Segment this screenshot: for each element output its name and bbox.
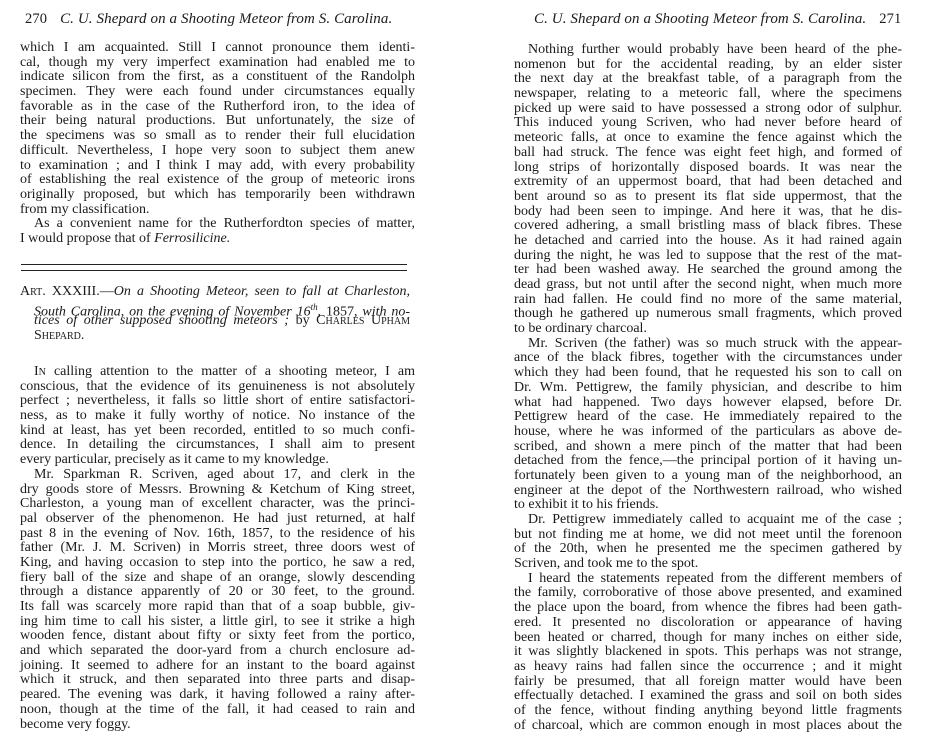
text-line: to exhibit it to his friends. [514, 498, 902, 513]
text-line: wooden fence, distant about fifty or six… [20, 629, 415, 644]
text-line: the specimens was so small as to render … [20, 129, 415, 144]
right-column: Nothing further would probably have been… [514, 43, 902, 733]
text-line: during the night, he was led to suppose … [514, 249, 902, 264]
text-line: indicate silicon from the first, as a co… [20, 70, 415, 85]
text-line: of the fence, without finding anything b… [514, 704, 902, 719]
text-line: ter had been washed away. He searched th… [514, 263, 902, 278]
text-line: to examination ; and I think I may add, … [20, 159, 415, 174]
text-line: which it struck, and then separated into… [20, 673, 415, 688]
page-number-right: 271 [879, 11, 901, 27]
text-line: originally proposed, but which has tempo… [20, 188, 415, 203]
text-line: it was slightly blackened in spots. This… [514, 645, 902, 660]
text-line: Charleston, a young man of excellent cha… [20, 497, 415, 512]
text-line: but not finding me at home, we did not m… [514, 528, 902, 543]
text-line: which I am acquainted. Still I cannot pr… [20, 41, 415, 56]
article-heading: Art. XXXIII.—On a Shooting Meteor, seen … [20, 285, 410, 344]
text-line: body had been seen to impinge. And here … [514, 205, 902, 220]
text-line: Dr. Wm. Pettigrew, the family physician,… [514, 381, 902, 396]
text-line: peared. The evening was dark, it having … [20, 688, 415, 703]
intro-paragraph: In calling attention to the matter of a … [20, 365, 415, 732]
ferro-paragraph-line: I would propose that of Ferrosilicine. [20, 232, 415, 247]
text-line: picked up were said to have possessed a … [514, 102, 902, 117]
text-line: dence. In detailing the circumstances, I… [20, 438, 415, 453]
double-rule-divider [21, 264, 407, 271]
text-line: I heard the statements repeated from the… [514, 572, 902, 587]
text-line: extremity of an uppermost board, that ha… [514, 175, 902, 190]
text-line: ness, as to make it fully worthy of noti… [20, 409, 415, 424]
text-line: which they had been found, that he reque… [514, 366, 902, 381]
text-line: nomenon but for the accidental reading, … [514, 58, 902, 73]
text-run: calling attention to the matter of a sho… [46, 364, 415, 379]
text-line: he detached and carried into the house. … [514, 234, 902, 249]
text-line: every particular, precisely as it came t… [20, 453, 415, 468]
text-run: th [311, 302, 318, 312]
text-line: what had happened. Two days however elap… [514, 396, 902, 411]
text-line: the next day at the breakfast table, of … [514, 72, 902, 87]
text-line: pal observer of the phenomenon. He had j… [20, 512, 415, 527]
text-line: from my classification. [20, 203, 415, 218]
text-line: conscious, that the evidence of its genu… [20, 380, 415, 395]
text-line: long strips of horizontally disposed boa… [514, 161, 902, 176]
text-line: newspaper, relating to a meteoric fall, … [514, 87, 902, 102]
text-line: ance of the black fibres, together with … [514, 351, 902, 366]
text-line: Mr. Scriven (the father) was so much str… [514, 337, 902, 352]
author-name: Shepard. [34, 328, 84, 343]
article-heading-line: Shepard. [20, 329, 410, 344]
text-line: favorable as in the case of the Rutherfo… [20, 100, 415, 115]
text-line: difficult. Nevertheless, I hope very soo… [20, 144, 415, 159]
text-line: joining. It seemed to adhere for an inst… [20, 659, 415, 674]
text-line: ball had struck. The fence was eight fee… [514, 146, 902, 161]
text-line: dry goods store of Messrs. Browning & Ke… [20, 483, 415, 498]
text-line: through a distance apparently of 20 or 3… [20, 585, 415, 600]
article-heading-line: Art. XXXIII.—On a Shooting Meteor, seen … [20, 285, 410, 300]
text-line: perfect ; nevertheless, it falls so litt… [20, 394, 415, 409]
dash: — [100, 284, 114, 299]
text-line: house, where he was informed of the part… [514, 425, 902, 440]
text-line: fiery ball of the size and shape of an o… [20, 571, 415, 586]
text-line: ered. It presented no discoloration or a… [514, 616, 902, 631]
ferro-paragraph-line: As a convenient name for the Rutherfordt… [20, 217, 415, 232]
drop-lead: In [34, 364, 46, 379]
continued-paragraph: which I am acquainted. Still I cannot pr… [20, 41, 415, 247]
text-line: detached from the fence,—the principal p… [514, 454, 902, 469]
right-running-head: C. U. Shepard on a Shooting Meteor from … [534, 11, 901, 28]
text-line: kind at least, has yet been recorded, en… [20, 424, 415, 439]
text-line: scribed, and shown a mere pinch of the m… [514, 440, 902, 455]
text-line: fortunately been given to a young man of… [514, 469, 902, 484]
text-run: I would propose that of [20, 231, 154, 246]
text-line: of establishing the real existence of th… [20, 173, 415, 188]
page-number-left: 270 [25, 11, 47, 27]
text-line: past 8 in the evening of Nov. 16th, 1857… [20, 527, 415, 542]
text-line: Mr. Sparkman R. Scriven, aged about 17, … [20, 468, 415, 483]
text-line: Its fall was scarcely more rapid than th… [20, 600, 415, 615]
author-name: Charles Upham [316, 313, 410, 328]
text-line: rain had fallen. He could find no more o… [514, 293, 902, 308]
text-line: King, and having occasion to step into t… [20, 556, 415, 571]
text-run: tices of other supposed shooting meteors… [34, 313, 289, 328]
text-line: the family, corroborative of those above… [514, 586, 902, 601]
text-line: as heavy rains had fallen since the occu… [514, 660, 902, 675]
article-title: On a Shooting Meteor, seen to fall at Ch… [114, 284, 410, 299]
text-line: father (Mr. J. M. Scriven) in Morris str… [20, 541, 415, 556]
text-line: specimen. They were each found under cir… [20, 85, 415, 100]
text-line: Dr. Pettigrew immediately called to acqu… [514, 513, 902, 528]
text-line: This induced young Scriven, who had neve… [514, 116, 902, 131]
article-heading-line: tices of other supposed shooting meteors… [20, 314, 410, 329]
text-line: become very foggy. [20, 718, 415, 733]
text-line: cal, though my very imperfect examinatio… [20, 56, 415, 71]
text-line: though he gathered up numerous small fra… [514, 307, 902, 322]
text-line: of the 20th, when he presented me the sp… [514, 542, 902, 557]
text-line: effectually detached. I examined the gra… [514, 689, 902, 704]
text-line: covered adhering, a small bristling mass… [514, 219, 902, 234]
text-line: and which separated the door-yard from a… [20, 644, 415, 659]
running-title-right: C. U. Shepard on a Shooting Meteor from … [534, 11, 866, 27]
text-line: In calling attention to the matter of a … [20, 365, 415, 380]
article-label: Art. XXXIII. [20, 284, 100, 299]
text-line: meteoric falls, at once to examine the f… [514, 131, 902, 146]
text-line: their being natural productions. But unf… [20, 114, 415, 129]
text-line: dead grass, but not until after the seco… [514, 278, 902, 293]
text-run: by [289, 313, 316, 328]
text-line: noon, though at the time of the fall, it… [20, 703, 415, 718]
text-line: the place upon the board, from whence th… [514, 601, 902, 616]
text-line: ing him time to call his sister, a littl… [20, 615, 415, 630]
text-line: fairly be presumed, that all foreign mat… [514, 675, 902, 690]
text-line: Scriven, and took me to the spot. [514, 557, 902, 572]
text-line: been heated or charred, though for many … [514, 631, 902, 646]
text-line: Nothing further would probably have been… [514, 43, 902, 58]
running-title-left: C. U. Shepard on a Shooting Meteor from … [60, 11, 392, 27]
text-line: engineer at the depot of the Northwester… [514, 484, 902, 499]
text-line: to be ordinary charcoal. [514, 322, 902, 337]
text-line: Pettigrew heard of the case. He immediat… [514, 410, 902, 425]
article-heading-line: South Carolina, on the evening of Novemb… [20, 300, 410, 315]
term-ferrosilicine: Ferrosilicine. [154, 231, 230, 246]
text-line: of charcoal, which are common enough in … [514, 719, 902, 734]
text-line: bent around so as to present its flat si… [514, 190, 902, 205]
left-running-head: 270C. U. Shepard on a Shooting Meteor fr… [25, 11, 392, 28]
